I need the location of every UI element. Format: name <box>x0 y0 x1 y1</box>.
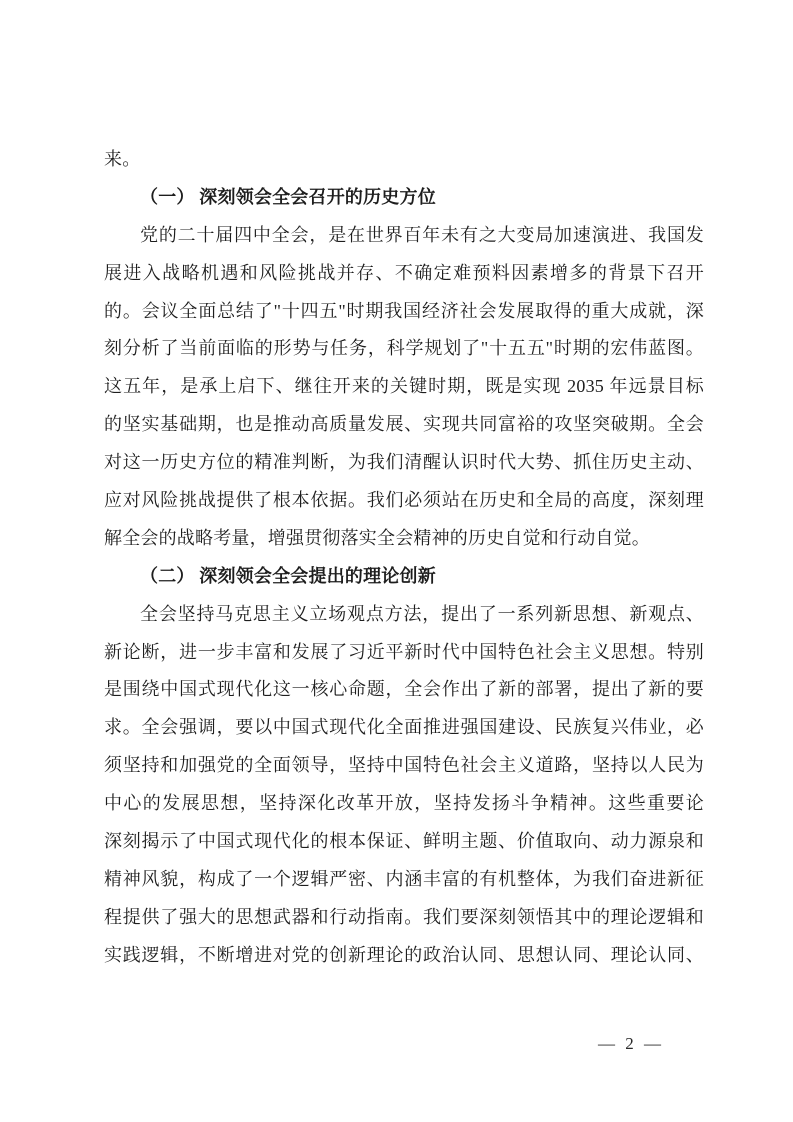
text-line: 对这一历史方位的精准判断，为我们清醒认识时代大势、抓住历史主动、 <box>104 444 704 482</box>
text-line: 来。 <box>104 141 704 179</box>
section-heading: （一） 深刻领会全会召开的历史方位 <box>104 179 704 217</box>
text-line: 的。会议全面总结了"十四五"时期我国经济社会发展取得的重大成就，深 <box>104 293 704 331</box>
page-number: — 2 — <box>598 1031 664 1057</box>
text-line: 展进入战略机遇和风险挑战并存、不确定难预料因素增多的背景下召开 <box>104 255 704 293</box>
text-line: 求。全会强调，要以中国式现代化全面推进强国建设、民族复兴伟业，必 <box>104 709 704 747</box>
text-line: 全会坚持马克思主义立场观点方法，提出了一系列新思想、新观点、 <box>104 596 704 634</box>
text-line: 程提供了强大的思想武器和行动指南。我们要深刻领悟其中的理论逻辑和 <box>104 899 704 937</box>
text-line: 中心的发展思想，坚持深化改革开放，坚持发扬斗争精神。这些重要论述， <box>104 785 704 823</box>
text-line: 精神风貌，构成了一个逻辑严密、内涵丰富的有机整体，为我们奋进新征 <box>104 861 704 899</box>
text-line: 刻分析了当前面临的形势与任务，科学规划了"十五五"时期的宏伟蓝图。 <box>104 330 704 368</box>
document-body: 来。（一） 深刻领会全会召开的历史方位党的二十届四中全会，是在世界百年未有之大变… <box>104 141 704 975</box>
text-line: 的坚实基础期，也是推动高质量发展、实现共同富裕的攻坚突破期。全会 <box>104 406 704 444</box>
text-line: 须坚持和加强党的全面领导，坚持中国特色社会主义道路，坚持以人民为 <box>104 747 704 785</box>
section-heading: （二） 深刻领会全会提出的理论创新 <box>104 558 704 596</box>
text-line: 解全会的战略考量，增强贯彻落实全会精神的历史自觉和行动自觉。 <box>104 520 704 558</box>
text-line: 应对风险挑战提供了根本依据。我们必须站在历史和全局的高度，深刻理 <box>104 482 704 520</box>
text-line: 党的二十届四中全会，是在世界百年未有之大变局加速演进、我国发 <box>104 217 704 255</box>
text-line: 实践逻辑，不断增进对党的创新理论的政治认同、思想认同、理论认同、 <box>104 937 704 975</box>
document-page: 来。（一） 深刻领会全会召开的历史方位党的二十届四中全会，是在世界百年未有之大变… <box>0 0 793 1122</box>
text-line: 是围绕中国式现代化这一核心命题，全会作出了新的部署，提出了新的要 <box>104 671 704 709</box>
text-line: 深刻揭示了中国式现代化的根本保证、鲜明主题、价值取向、动力源泉和 <box>104 823 704 861</box>
text-line: 这五年，是承上启下、继往开来的关键时期，既是实现 2035 年远景目标 <box>104 368 704 406</box>
text-line: 新论断，进一步丰富和发展了习近平新时代中国特色社会主义思想。特别 <box>104 634 704 672</box>
